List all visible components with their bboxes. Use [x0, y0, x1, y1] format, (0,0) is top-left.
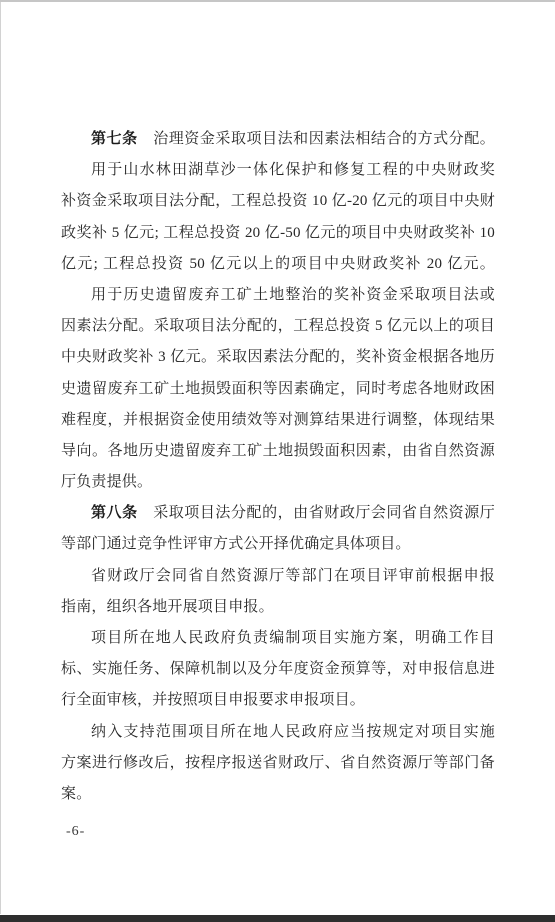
document-body: 第七条 治理资金采取项目法和因素法相结合的方式分配。用于山水林田湖草沙一体化保护… [61, 124, 495, 810]
text-line: 用于历史遗留废弃工矿土地整治的奖补资金采取项目法或 [61, 280, 495, 311]
text-line: 方案进行修改后，按程序报送省财政厅、省自然资源厅等部门备 [61, 748, 495, 779]
scanned-document-page: 第七条 治理资金采取项目法和因素法相结合的方式分配。用于山水林田湖草沙一体化保护… [0, 0, 555, 922]
page-top-edge [0, 0, 555, 2]
page-bottom-edge [0, 915, 555, 922]
text-line: 厅负责提供。 [61, 467, 495, 498]
text-line: 标、实施任务、保障机制以及分年度资金预算等，对申报信息进 [61, 654, 495, 685]
text-line: 案。 [61, 779, 495, 810]
page-number: -6- [66, 821, 85, 843]
text-line: 难程度，并根据资金使用绩效等对测算结果进行调整，体现结果 [61, 405, 495, 436]
text-line: 用于山水林田湖草沙一体化保护和修复工程的中央财政奖 [61, 155, 495, 186]
text-line: 项目所在地人民政府负责编制项目实施方案，明确工作目 [61, 623, 495, 654]
text-line: 补资金采取项目法分配，工程总投资 10 亿-20 亿元的项目中央财 [61, 186, 495, 217]
text-line: 省财政厅会同省自然资源厅等部门在项目评审前根据申报 [61, 561, 495, 592]
text-line: 导向。各地历史遗留废弃工矿土地损毁面积因素，由省自然资源 [61, 436, 495, 467]
article-number: 第七条 [91, 131, 138, 147]
article-number: 第八条 [91, 505, 138, 521]
text-line: 因素法分配。采取项目法分配的，工程总投资 5 亿元以上的项目 [61, 311, 495, 342]
text-line: 中央财政奖补 3 亿元。采取因素法分配的，奖补资金根据各地历 [61, 342, 495, 373]
text-line: 行全面审核，并按照项目申报要求申报项目。 [61, 685, 495, 716]
text-line: 等部门通过竞争性评审方式公开择优确定具体项目。 [61, 529, 495, 560]
text-line: 亿元; 工程总投资 50 亿元以上的项目中央财政奖补 20 亿元。 [61, 249, 495, 280]
page-left-edge [0, 2, 1, 914]
article-heading-line: 第七条 治理资金采取项目法和因素法相结合的方式分配。 [61, 124, 495, 155]
article-heading-line: 第八条 采取项目法分配的，由省财政厅会同省自然资源厅 [61, 498, 495, 529]
text-line: 政奖补 5 亿元; 工程总投资 20 亿-50 亿元的项目中央财政奖补 10 [61, 218, 495, 249]
text-line: 指南，组织各地开展项目申报。 [61, 592, 495, 623]
text-line: 纳入支持范围项目所在地人民政府应当按规定对项目实施 [61, 717, 495, 748]
text-line: 史遗留废弃工矿土地损毁面积等因素确定，同时考虑各地财政困 [61, 374, 495, 405]
